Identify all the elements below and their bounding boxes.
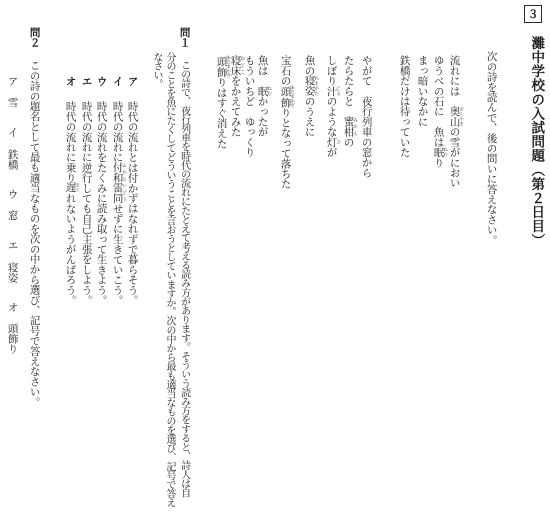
q1-option-text: 時代の流れとは付かずはなれずで暮らそう。 — [127, 101, 138, 305]
q2-option-label: オ — [7, 302, 18, 312]
q1-option-label: オ — [65, 76, 76, 87]
q1-option: オ時代の流れに乗り遅おくれないようがんばろう。 — [63, 76, 81, 305]
q1-option-text: 時代の流れをたくみに読み取って生きよう。 — [96, 101, 107, 305]
q2-option-label: ウ — [7, 189, 18, 199]
poem-line: 宝石の頭飾あたまかざりとなって落ちた — [278, 55, 296, 189]
poem-line: 魚は 眠ねむかったが — [255, 55, 273, 137]
q1-column-1: 問１この詩で、夜行列車を時代の流れにたとえて考える読み方があります。そういう読み… — [177, 27, 190, 497]
q1-option-label: ウ — [96, 76, 107, 87]
exam-page: ３ 灘中学校の入試問題（第２日目） 次の詩を読んで、後の問いに答えなさい。 流れ… — [0, 0, 550, 512]
poem-line: 流れには 奥山おくやまの雪がにおい — [447, 55, 465, 188]
q1-option: エ時代の流れに逆行しても自己主張をしよう。 — [79, 76, 92, 305]
q2-options-column: ア雪イ鉄橋ウ窓エ寝姿オ頭飾り — [5, 76, 18, 354]
q2-option-text: 寝姿 — [7, 262, 18, 282]
intro-instruction: 次の詩を読んで、後の問いに答えなさい。 — [484, 51, 497, 245]
poem-line: 鉄橋だけは待っていた — [397, 55, 410, 157]
poem-line: たらたらと 蜜柑みかんの — [341, 55, 359, 147]
q2-option-text: 頭飾り — [7, 323, 18, 354]
q1-option-text: 時代の流れに乗り遅おくれないようがんばろう。 — [65, 101, 76, 305]
q1-option-label: エ — [81, 76, 92, 87]
q1-option: イ時代の流れに付和雷同ふわらいどうせずに生きていこう。 — [110, 76, 128, 305]
poem-line: しぼり汁じるのような灯ひが — [324, 55, 342, 157]
q2-label: 問２ — [29, 27, 40, 48]
q1-option: ウ時代の流れをたくみに読み取って生きよう。 — [94, 76, 107, 305]
q2-option-text: 雪 — [7, 97, 18, 107]
q1-option-label: ア — [127, 76, 138, 87]
q2-option-label: イ — [7, 127, 18, 137]
poem-line: やがて 夜行列車の窓から — [359, 55, 372, 177]
q1-statement-col: この詩で、夜行列車を時代の流れにたとえて考える読み方があります。そういう読み方を… — [179, 60, 190, 497]
q2-option-text: 鉄橋 — [7, 149, 18, 169]
q2-option-text: 窓 — [7, 210, 18, 220]
q1-label: 問１ — [179, 27, 190, 48]
q2-statement: この詩の題名として最も適当なものを次の中から選び、記号で答えなさい。 — [29, 60, 40, 407]
q1-option-label: イ — [112, 76, 123, 87]
q1-option-text: 時代の流れに付和雷同ふわらいどうせずに生きていこう。 — [112, 101, 123, 305]
q2-option: オ頭飾り — [7, 282, 18, 354]
page-title: 灘中学校の入試問題（第２日目） — [528, 36, 544, 248]
q2-option: エ寝姿 — [7, 220, 18, 282]
q1-option-text: 時代の流れに逆行しても自己主張をしよう。 — [81, 101, 92, 305]
poem-line: 魚の寝姿ねすがたのうえに — [302, 55, 320, 137]
q2-option-label: ア — [7, 76, 18, 86]
q1-statement-col: なさい。 — [150, 52, 162, 88]
q1-statement-col: 分のことを魚にたくしてどういうことを言おうとしていますか。次の中から最も適当なも… — [163, 52, 175, 507]
q2-column: 問２この詩の題名として最も適当なものを次の中から選び、記号で答えなさい。 — [27, 27, 40, 407]
section-number: ３ — [528, 6, 539, 22]
q2-option-label: エ — [7, 240, 18, 250]
poem-line: ゆうべの石に 魚は眠ねむり — [431, 55, 449, 167]
q2-option: ウ窓 — [7, 169, 18, 220]
poem-line: まっ暗いなかに — [415, 55, 428, 126]
q2-option: イ鉄橋 — [7, 107, 18, 169]
poem-line: 頭飾あたまかざりはすぐ消えた — [214, 55, 232, 148]
section-number-box: ３ — [524, 5, 542, 23]
q2-option: ア雪 — [7, 76, 18, 107]
